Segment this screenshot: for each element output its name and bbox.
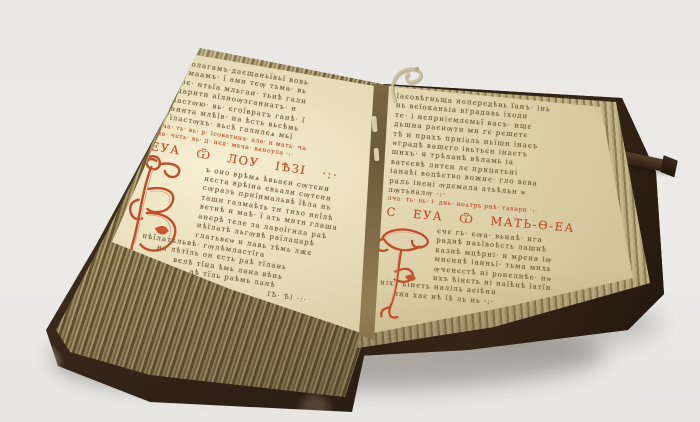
photo-scene: 185 їаєовѣгньща нопєрєдѣвь їанъ· іньнь в… bbox=[0, 0, 700, 422]
right-page-top-lines: їаєовѣгньща нопєрєдѣвь їанъ· іньнь вєїок… bbox=[388, 92, 598, 213]
sewing-thread bbox=[374, 148, 380, 161]
sewing-thread bbox=[371, 116, 377, 132]
right-page-text-column: їаєовѣгньща нопєрєдѣвь їанъ· іньнь вєїок… bbox=[379, 92, 598, 315]
bookmark-thread-icon bbox=[376, 56, 442, 106]
